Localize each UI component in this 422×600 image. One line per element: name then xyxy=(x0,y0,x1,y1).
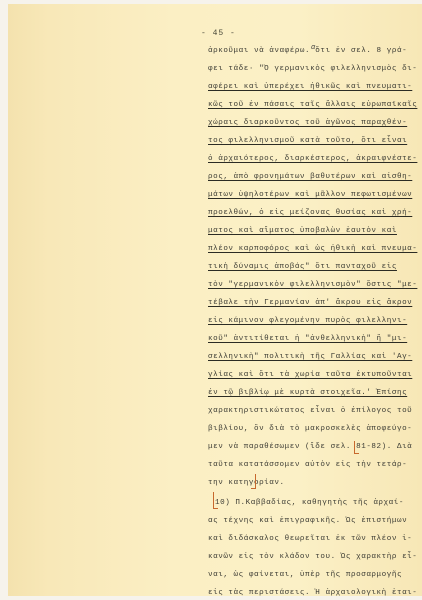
text-line: μεν νὰ παραθέσωμεν (ἴδε σελ. 81-82). Διὰ xyxy=(208,442,412,452)
text-line: καὶ διδάσκαλος θεωρεῖται ἐκ τῶν πλέον ἱ- xyxy=(208,534,412,544)
text-line: ναι, ὡς φαίνεται, ὑπὲρ τῆς προσαρμογῆς xyxy=(208,570,402,580)
text-line-underlined: τος φιλελληνισμοῦ κατὰ τοῦτο, ὅτι εἶναι xyxy=(208,136,407,146)
text-line: χαρακτηριστικώτατος εἶναι ὁ ἐπίλογος τοῦ xyxy=(208,406,412,416)
text-line: ταῦτα κατατάσσομεν αὐτὸν εἰς τὴν τετάρ- xyxy=(208,460,407,470)
document-page: - 45 - α. ἀρκοῦμαι νὰ ἀναφέρω. ὅτι ἐν σε… xyxy=(8,4,422,596)
text-line-underlined: ὁ ἀρχαιότερος, διαρκέστερος, ἀκραιφνέστε… xyxy=(208,154,417,164)
text-line-underlined: κῶς τοῦ ἐν πάσαις ταῖς ἄλλαις εὐρωπαϊκαῖ… xyxy=(208,100,417,110)
text-line: βιβλίου, ὃν διὰ τὸ μακροσκελὲς ἀποφεύγο- xyxy=(208,424,412,434)
text-line-underlined: σελληνικὴ" πολιτικὴ τῆς Γαλλίας καὶ 'Αγ- xyxy=(208,352,412,362)
text-line-underlined: χώραις διαρκοῦντος τοῦ ἀγῶνος παραχθέν- xyxy=(208,118,407,128)
text-line-underlined: προελθών, ὁ εἰς μείζονας θυσίας καὶ χρή- xyxy=(208,208,412,218)
text-line-underlined: κοῦ" ἀντιτίθεται ἡ "ἀνθελληνικὴ" ἢ "μι- xyxy=(208,334,407,344)
text-line-underlined: αφέρει καὶ ὑπερέχει ἠθικῶς καὶ πνευματι- xyxy=(208,82,412,92)
text-line-underlined: τέβαλε τὴν Γερμανίαν ἀπ' ἄκρου εἰς ἄκρον xyxy=(208,298,412,308)
page-number: - 45 - xyxy=(201,29,236,38)
text-line: κανῶν εἰς τὸν κλάδον του. Ὡς χαρακτὴρ εἶ… xyxy=(208,552,417,562)
text-line: την κατηγορίαν. xyxy=(208,478,285,488)
text-line-underlined: ματος καὶ αἵματος ὑποβαλὼν ἑαυτὸν καὶ xyxy=(208,226,397,236)
text-line-underlined: ρος, ἀπὸ φρονημάτων βαθυτέρων καὶ αἰσθη- xyxy=(208,172,412,182)
text-line: φει τάδε· "Ὁ γερμανικὸς φιλελληνισμὸς δι… xyxy=(208,64,417,74)
text-line: εἰς τὰς περιστάσεις. Ἡ ἀρχαιολογικὴ ἑται… xyxy=(208,588,417,598)
text-line: 10) Π.Καββαδίας, καθηγητὴς τῆς ἀρχαί- xyxy=(215,498,404,508)
text-line-underlined: τικὴ δύναμις ἀποβάς" ὅτι πανταχοῦ εἰς xyxy=(208,262,397,272)
annotation-bracket-open xyxy=(354,441,359,454)
text-line-underlined: πλέον καρποφόρος καὶ ὡς ἠθικὴ καὶ πνευμα… xyxy=(208,244,417,254)
text-line: ας τέχνης καὶ ἐπιγραφικῆς. Ὡς ἐπιστήμων xyxy=(208,516,407,526)
text-line-underlined: γλίας καὶ ὅτι τὰ χωρία ταῦτα ἐκτυποῦνται xyxy=(208,370,412,380)
annotation-bracket-item xyxy=(213,492,218,509)
text-line-underlined: εἰς κάμινον φλεγομένην πυρὸς φιλελληνι- xyxy=(208,316,407,326)
text-line-underlined: μάτων ὑψηλοτέρων καὶ μᾶλλον πεφωτισμένων xyxy=(208,190,412,200)
text-line-underlined: τὸν "γερμανικὸν φιλελληνισμὸν" ὅστις "με… xyxy=(208,280,417,290)
annotation-bracket-close xyxy=(251,474,256,489)
text-line: ἀρκοῦμαι νὰ ἀναφέρω. ὅτι ἐν σελ. 8 γρά- xyxy=(208,46,407,56)
text-line-underlined: ἐν τῷ βιβλίῳ μὲ κυρτὰ στοιχεῖα.' Ἐπίσης xyxy=(208,388,407,398)
